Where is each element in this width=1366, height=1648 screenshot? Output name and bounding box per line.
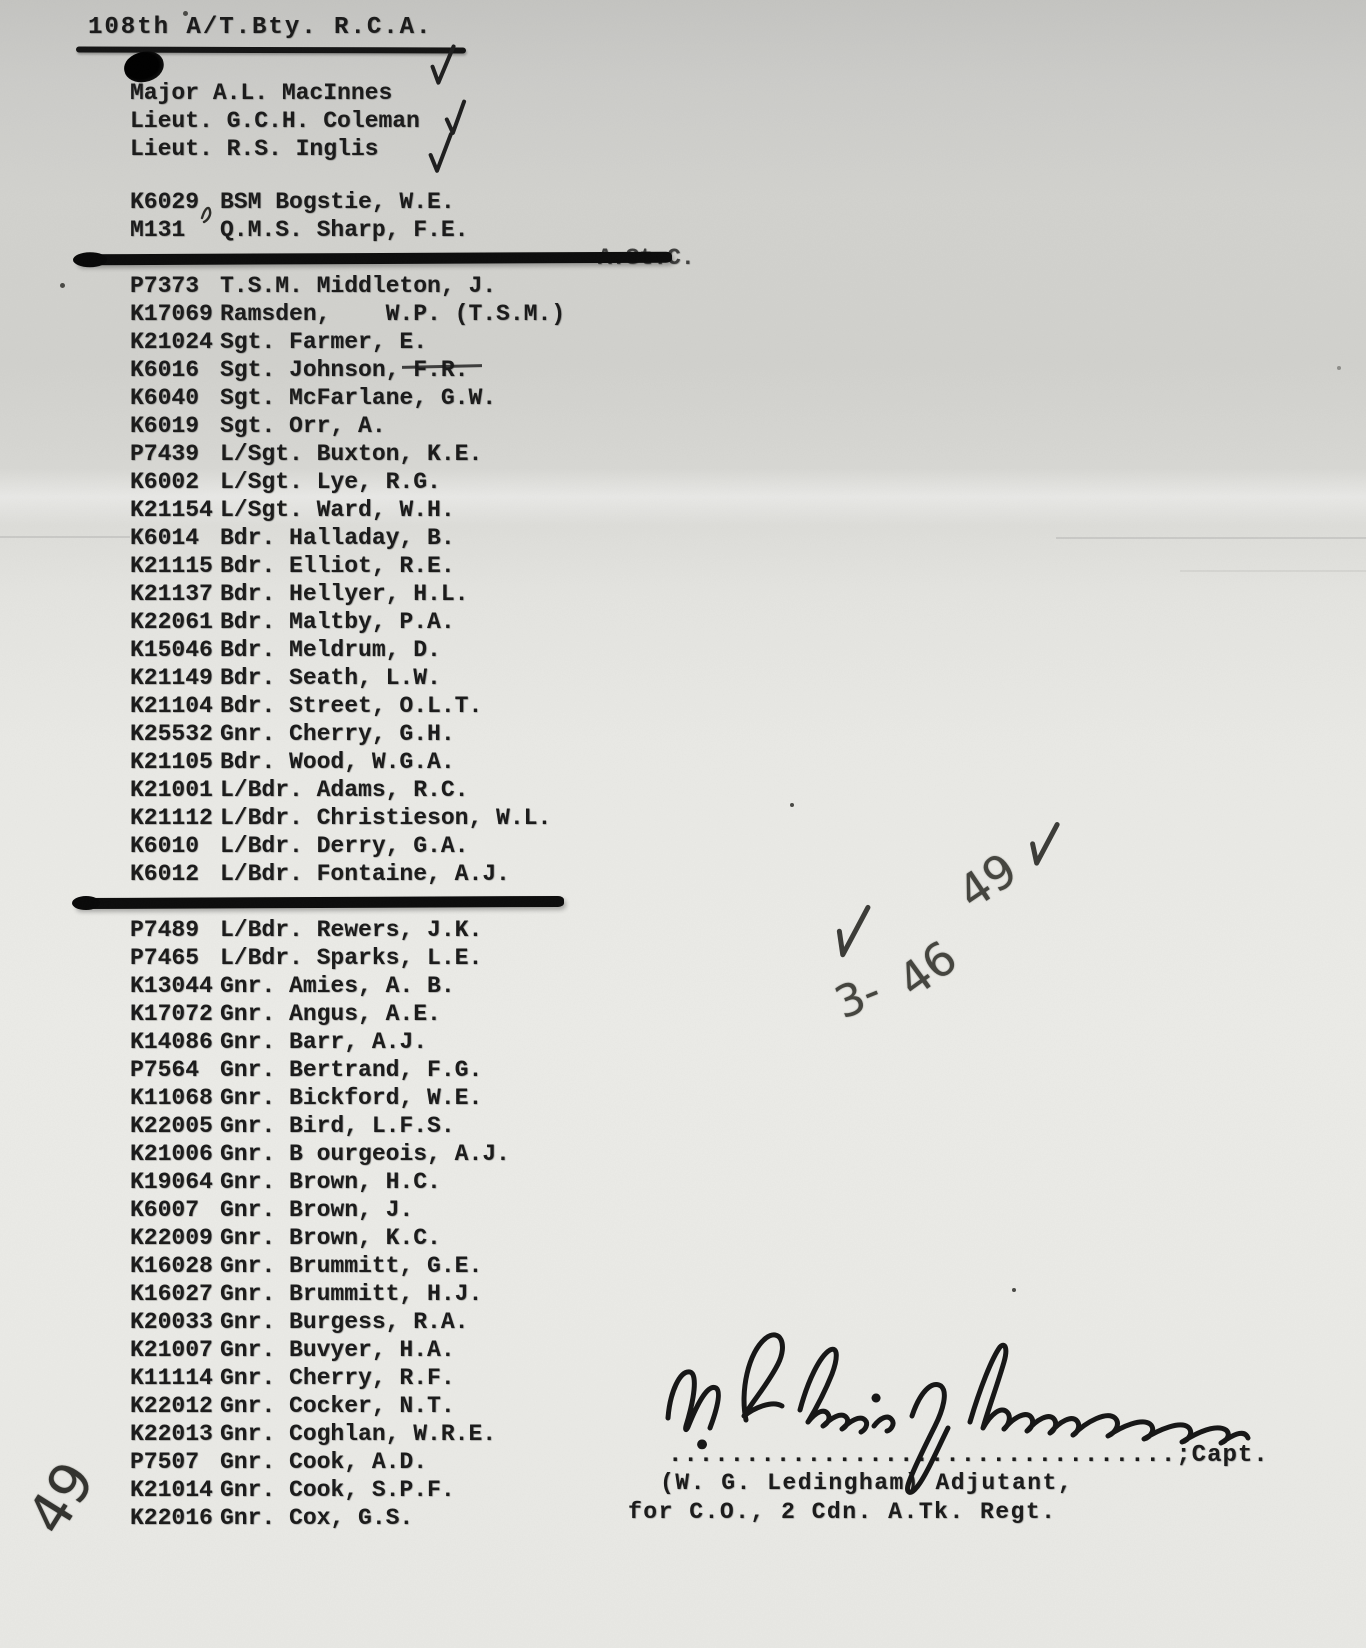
rank-and-name: Gnr. Cherry, R.F. [220,1365,455,1391]
officer-row: Major A.L. MacInnes [130,80,420,108]
rank-and-name: Bdr. Halladay, B. [220,525,455,551]
service-number: K11114 [130,1365,220,1391]
roster-row: K6012L/Bdr. Fontaine, A.J. [130,861,890,889]
roster-row: P7373T.S.M. Middleton, J. [130,273,890,301]
roster-row: P7465L/Bdr. Sparks, L.E. [130,945,890,973]
service-number: K21001 [130,777,220,803]
service-number: K20033 [130,1309,220,1335]
service-number: K6012 [130,861,220,887]
rank-and-name: L/Bdr. Sparks, L.E. [220,945,482,971]
service-number: K21014 [130,1477,220,1503]
roster-row: K21137Bdr. Hellyer, H.L. [130,581,890,609]
officer-row: Lieut. G.C.H. Coleman [130,108,420,136]
roster-row: K21001L/Bdr. Adams, R.C. [130,777,890,805]
scanned-document: { "page": { "title": "108th A/T.Bty. R.C… [0,0,1366,1648]
roster-row: K22061Bdr. Maltby, P.A. [130,609,890,637]
service-number: K6014 [130,525,220,551]
roster-row: K6040Sgt. McFarlane, G.W. [130,385,890,413]
pencil-number: 46 [888,930,967,1008]
service-number: K22012 [130,1393,220,1419]
scan-line [0,536,130,538]
service-number: K25532 [130,721,220,747]
rank-and-name: Gnr. Cherry, G.H. [220,721,455,747]
rank-and-name: L/Bdr. Fontaine, A.J. [220,861,510,887]
service-number: K21104 [130,693,220,719]
rank-and-name: Bdr. Seath, L.W. [220,665,441,691]
service-number: K14086 [130,1029,220,1055]
roster-row: K6010L/Bdr. Derry, G.A. [130,833,890,861]
rank-and-name: Gnr. Cox, G.S. [220,1505,413,1531]
rank-and-name: Bdr. Street, O.L.T. [220,693,482,719]
rank-and-name: Bdr. Meldrum, D. [220,637,441,663]
rank-and-name: L/Bdr. Christieson, W.L. [220,805,551,831]
roster-row: K6016Sgt. Johnson, F.R. [130,357,890,385]
service-number: K22009 [130,1225,220,1251]
pencil-corner-number: 49 [15,1451,108,1546]
scan-speck [60,283,65,288]
rank-and-name: Gnr. Burgess, R.A. [220,1309,468,1335]
service-number: M131 [130,217,220,243]
rank-and-name: Q.M.S. Sharp, F.E. [220,217,468,243]
rank-and-name: Bdr. Elliot, R.E. [220,553,455,579]
roster-row: K6029BSM Bogstie, W.E. [130,189,890,217]
rank-and-name: Sgt. Johnson, F.R. [220,357,468,383]
rank-and-name: Sgt. McFarlane, G.W. [220,385,496,411]
service-number: K6029 [130,189,220,215]
scan-speck [1337,366,1341,370]
roster-row: K6014Bdr. Halladay, B. [130,525,890,553]
rank-and-name: L/Bdr. Rewers, J.K. [220,917,482,943]
roster-row: K13044Gnr. Amies, A. B. [130,973,890,1001]
service-number: P7564 [130,1057,220,1083]
service-number: P7439 [130,441,220,467]
rank-and-name: Gnr. Coghlan, W.R.E. [220,1421,496,1447]
rank-and-name: T.S.M. Middleton, J. [220,273,496,299]
struck-out-row [130,889,890,917]
service-number: K22016 [130,1505,220,1531]
roster-row: K21112L/Bdr. Christieson, W.L. [130,805,890,833]
service-number: P7489 [130,917,220,943]
rank-and-name: Gnr. Barr, A.J. [220,1029,427,1055]
rank-and-name: BSM Bogstie, W.E. [220,189,455,215]
rank-and-name: L/Bdr. Derry, G.A. [220,833,468,859]
rank-and-name: L/Sgt. Lye, R.G. [220,469,441,495]
roster-row: K6019Sgt. Orr, A. [130,413,890,441]
roster-row: P7564Gnr. Bertrand, F.G. [130,1057,890,1085]
roster-row: K25532Gnr. Cherry, G.H. [130,721,890,749]
rank-and-name: L/Sgt. Buxton, K.E. [220,441,482,467]
service-number: K21137 [130,581,220,607]
roster-row: K21149Bdr. Seath, L.W. [130,665,890,693]
roster-row: K15046Bdr. Meldrum, D. [130,637,890,665]
roster-row: K17069Ramsden, W.P. (T.S.M.) [130,301,890,329]
service-number: P7465 [130,945,220,971]
rank-and-name: Gnr. Cook, A.D. [220,1449,427,1475]
roster-row: K21006Gnr. B ourgeois, A.J. [130,1141,890,1169]
rank-and-name: L/Sgt. Ward, W.H. [220,497,455,523]
scan-line [1056,537,1366,539]
service-number: K21112 [130,805,220,831]
rank-and-name: Bdr. Maltby, P.A. [220,609,455,635]
rank-and-name: Gnr. Bertrand, F.G. [220,1057,482,1083]
roster-row: K22005Gnr. Bird, L.F.S. [130,1113,890,1141]
officer-row: Lieut. R.S. Inglis [130,136,420,164]
rank-and-name: Gnr. Angus, A.E. [220,1001,441,1027]
service-number: K17072 [130,1001,220,1027]
roster-row: K17072Gnr. Angus, A.E. [130,1001,890,1029]
rank-and-name: Gnr. Brummitt, G.E. [220,1253,482,1279]
strikethrough-bar [76,252,672,266]
rank-and-name: L/Bdr. Adams, R.C. [220,777,468,803]
service-number: K17069 [130,301,220,327]
roster-row: K21024Sgt. Farmer, E. [130,329,890,357]
pencil-number: 49 [948,842,1027,920]
service-number: K13044 [130,973,220,999]
rank-and-name: Bdr. Wood, W.G.A. [220,749,455,775]
service-number: K11068 [130,1085,220,1111]
roster-row: K22009Gnr. Brown, K.C. [130,1225,890,1253]
roster-row: P7439L/Sgt. Buxton, K.E. [130,441,890,469]
roster-row: K11068Gnr. Bickford, W.E. [130,1085,890,1113]
roster-row: K21154L/Sgt. Ward, W.H. [130,497,890,525]
roster-row: K14086Gnr. Barr, A.J. [130,1029,890,1057]
rank-and-name: Gnr. B ourgeois, A.J. [220,1141,510,1167]
rank-and-name: Gnr. Buvyer, H.A. [220,1337,455,1363]
rank-and-name: Gnr. Brummitt, H.J. [220,1281,482,1307]
strikethrough-bar [74,896,564,909]
rank-and-name: Bdr. Hellyer, H.L. [220,581,468,607]
page-title: 108th A/T.Bty. R.C.A. [88,14,432,41]
service-number: K22005 [130,1113,220,1139]
service-number: K21115 [130,553,220,579]
scan-line [1180,570,1366,572]
roster-row: M131Q.M.S. Sharp, F.E. [130,217,890,245]
service-number: K6019 [130,413,220,439]
rank-and-name: Gnr. Bird, L.F.S. [220,1113,455,1139]
roster-row: P7489L/Bdr. Rewers, J.K. [130,917,890,945]
service-number: K6007 [130,1197,220,1223]
rank-and-name: Sgt. Farmer, E. [220,329,427,355]
service-number: K16027 [130,1281,220,1307]
struck-out-row: A.St.C. [130,245,890,273]
roster-row: K21115Bdr. Elliot, R.E. [130,553,890,581]
roster-row: K19064Gnr. Brown, H.C. [130,1169,890,1197]
service-number: K22013 [130,1421,220,1447]
checkmark-icon [426,129,454,175]
title-underline [76,46,466,53]
roster-row: K21104Bdr. Street, O.L.T. [130,693,890,721]
handwritten-signature [650,1300,1280,1515]
roster-row: K16028Gnr. Brummitt, G.E. [130,1253,890,1281]
service-number: P7373 [130,273,220,299]
service-number: K19064 [130,1169,220,1195]
rank-and-name: Ramsden, W.P. (T.S.M.) [220,301,565,327]
service-number: K21006 [130,1141,220,1167]
service-number: P7507 [130,1449,220,1475]
officer-list: Major A.L. MacInnesLieut. G.C.H. Coleman… [130,80,420,164]
rank-and-name: Gnr. Cook, S.P.F. [220,1477,455,1503]
rank-and-name: Gnr. Amies, A. B. [220,973,455,999]
rank-and-name: Gnr. Brown, H.C. [220,1169,441,1195]
service-number: K15046 [130,637,220,663]
roster-row: K6002L/Sgt. Lye, R.G. [130,469,890,497]
checkmark-icon [427,41,457,88]
scan-speck [1012,1288,1016,1292]
service-number: K16028 [130,1253,220,1279]
rank-and-name: Gnr. Cocker, N.T. [220,1393,455,1419]
service-number: K21105 [130,749,220,775]
roster-row: K21105Bdr. Wood, W.G.A. [130,749,890,777]
service-number: K21007 [130,1337,220,1363]
rank-and-name: Gnr. Bickford, W.E. [220,1085,482,1111]
service-number: K6040 [130,385,220,411]
service-number: K21024 [130,329,220,355]
pencil-checkmark-icon [1025,816,1061,870]
rank-and-name: Gnr. Brown, J. [220,1197,413,1223]
rank-and-name: Gnr. Brown, K.C. [220,1225,441,1251]
service-number: K6016 [130,357,220,383]
service-number: K22061 [130,609,220,635]
service-number: K6002 [130,469,220,495]
service-number: K21149 [130,665,220,691]
service-number: K6010 [130,833,220,859]
service-number: K21154 [130,497,220,523]
roster-row: K6007Gnr. Brown, J. [130,1197,890,1225]
rank-and-name: Sgt. Orr, A. [220,413,386,439]
